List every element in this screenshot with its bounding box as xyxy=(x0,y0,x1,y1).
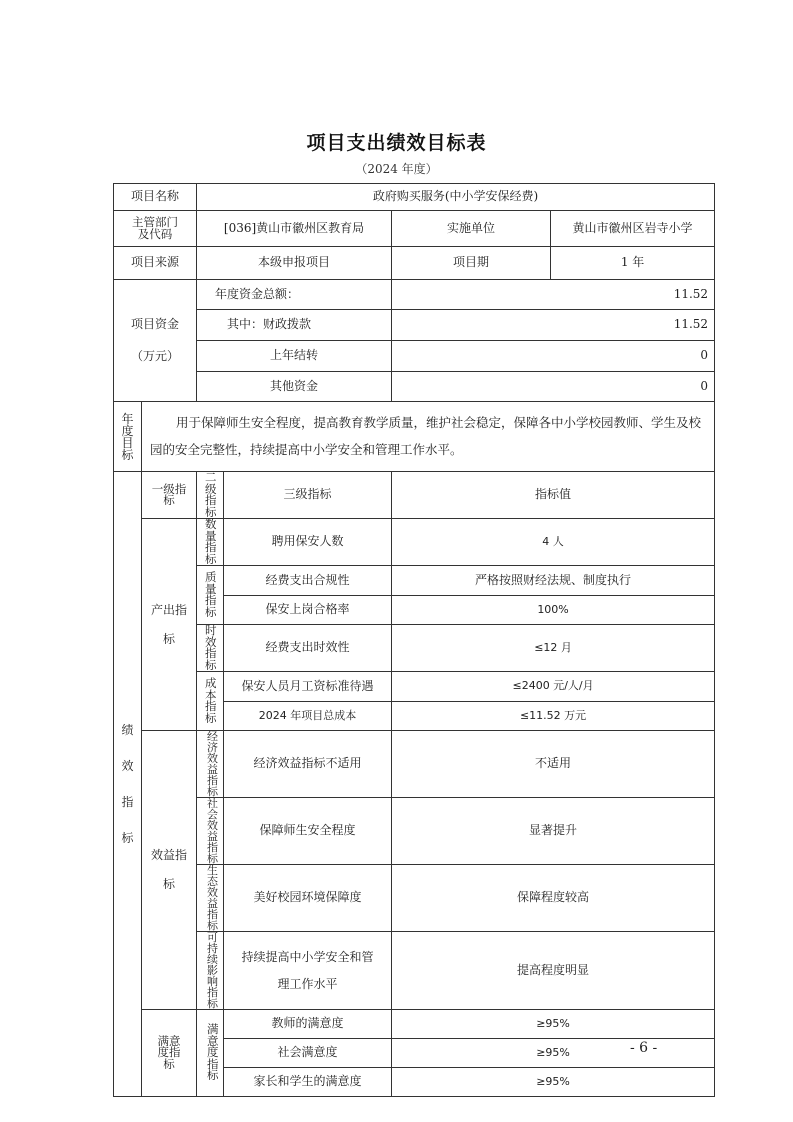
cost-item-1-name: 保安人员月工资标准待遇 xyxy=(224,672,392,702)
quality-indicator-label: 质量指标 xyxy=(197,566,224,625)
row-fund-total: 项目资金 （万元） 年度资金总额： 11.52 xyxy=(114,280,715,310)
economic-indicator-label: 经济效益指标 xyxy=(197,731,224,798)
cost-item-1-value: ≤2400 元/人/月 xyxy=(392,672,715,702)
quantity-indicator-label: 数量指标 xyxy=(197,519,224,566)
header-level2: 二级指标 xyxy=(197,472,224,519)
fund-fiscal-value: 11.52 xyxy=(392,310,715,341)
period-label: 项目期 xyxy=(392,247,551,280)
satisfaction-item-3-name: 家长和学生的满意度 xyxy=(224,1068,392,1097)
funds-label: 项目资金 （万元） xyxy=(114,280,197,402)
annual-goal-label: 年度目标 xyxy=(114,402,142,472)
row-economic: 效益指标 经济效益指标 经济效益指标不适用 不适用 xyxy=(114,731,715,798)
cost-item-2-name: 2024 年项目总成本 xyxy=(224,702,392,731)
row-fund-fiscal: 其中：财政拨款 11.52 xyxy=(114,310,715,341)
perf-indicator-label: 绩效指标 xyxy=(114,472,142,1097)
fund-carryover-label: 上年结转 xyxy=(197,341,392,372)
fund-total-value: 11.52 xyxy=(392,280,715,310)
cost-item-2-value: ≤11.52 万元 xyxy=(392,702,715,731)
row-project-name: 项目名称 政府购买服务(中小学安保经费) xyxy=(114,184,715,211)
quantity-item-value: 4 人 xyxy=(392,519,715,566)
timeliness-item-value: ≤12 月 xyxy=(392,625,715,672)
satisfaction-item-1-value: ≥95% xyxy=(392,1010,715,1039)
fund-other-value: 0 xyxy=(392,372,715,402)
row-social: 社会效益指标 保障师生安全程度 显著提升 xyxy=(114,798,715,865)
benefit-indicator-label: 效益指标 xyxy=(142,731,197,1010)
fund-other-label: 其他资金 xyxy=(197,372,392,402)
satisfaction-item-2-name: 社会满意度 xyxy=(224,1039,392,1068)
satisfaction-level2-label: 满意度指标 xyxy=(197,1010,224,1097)
satisfaction-item-3-value: ≥95% xyxy=(392,1068,715,1097)
annual-goal-text: 用于保障师生安全程度，提高教育教学质量，维护社会稳定，保障各中小学校园教师、学生… xyxy=(142,402,715,472)
funds-label-line1: 项目资金 xyxy=(117,309,193,340)
ecological-indicator-label: 生态效益指标 xyxy=(197,865,224,932)
dept-label: 主管部门及代码 xyxy=(114,211,197,247)
row-sustainable: 可持续影响指标 持续提高中小学安全和管理工作水平 提高程度明显 xyxy=(114,932,715,1010)
project-name-value: 政府购买服务(中小学安保经费) xyxy=(197,184,715,211)
row-quality-1: 质量指标 经费支出合规性 严格按照财经法规、制度执行 xyxy=(114,566,715,596)
timeliness-item-name: 经费支出时效性 xyxy=(224,625,392,672)
fund-total-label: 年度资金总额： xyxy=(197,280,392,310)
fund-fiscal-label: 其中：财政拨款 xyxy=(197,310,392,341)
document-subtitle: （2024 年度） xyxy=(0,160,793,177)
social-item-name: 保障师生安全程度 xyxy=(224,798,392,865)
annual-goal-body: 用于保障师生安全程度，提高教育教学质量，维护社会稳定，保障各中小学校园教师、学生… xyxy=(150,415,701,456)
row-cost-1: 成本指标 保安人员月工资标准待遇 ≤2400 元/人/月 xyxy=(114,672,715,702)
row-indicator-header: 绩效指标 一级指标 二级指标 三级指标 指标值 xyxy=(114,472,715,519)
economic-item-name: 经济效益指标不适用 xyxy=(224,731,392,798)
sustainable-item-value: 提高程度明显 xyxy=(392,932,715,1010)
source-label: 项目来源 xyxy=(114,247,197,280)
row-satisfaction-1: 满意度指标 满意度指标 教师的满意度 ≥95% xyxy=(114,1010,715,1039)
performance-target-table: 项目名称 政府购买服务(中小学安保经费) 主管部门及代码 [036]黄山市徽州区… xyxy=(113,183,715,1097)
header-level1: 一级指标 xyxy=(142,472,197,519)
row-quantity: 产出指标 数量指标 聘用保安人数 4 人 xyxy=(114,519,715,566)
row-fund-other: 其他资金 0 xyxy=(114,372,715,402)
timeliness-indicator-label: 时效指标 xyxy=(197,625,224,672)
ecological-item-value: 保障程度较高 xyxy=(392,865,715,932)
quantity-item-name: 聘用保安人数 xyxy=(224,519,392,566)
sustainable-item-name: 持续提高中小学安全和管理工作水平 xyxy=(224,932,392,1010)
source-value: 本级申报项目 xyxy=(197,247,392,280)
funds-label-line2: （万元） xyxy=(117,341,193,372)
dept-value: [036]黄山市徽州区教育局 xyxy=(197,211,392,247)
row-annual-goal: 年度目标 用于保障师生安全程度，提高教育教学质量，维护社会稳定，保障各中小学校园… xyxy=(114,402,715,472)
quality-item-1-name: 经费支出合规性 xyxy=(224,566,392,596)
row-fund-carryover: 上年结转 0 xyxy=(114,341,715,372)
document-title: 项目支出绩效目标表 xyxy=(0,128,793,155)
impl-unit-label: 实施单位 xyxy=(392,211,551,247)
row-ecological: 生态效益指标 美好校园环境保障度 保障程度较高 xyxy=(114,865,715,932)
output-indicator-label: 产出指标 xyxy=(142,519,197,731)
satisfaction-level1-label: 满意度指标 xyxy=(142,1010,197,1097)
period-value: 1 年 xyxy=(551,247,715,280)
sustainable-indicator-label: 可持续影响指标 xyxy=(197,932,224,1010)
header-value: 指标值 xyxy=(392,472,715,519)
fund-carryover-value: 0 xyxy=(392,341,715,372)
quality-item-1-value: 严格按照财经法规、制度执行 xyxy=(392,566,715,596)
impl-unit-value: 黄山市徽州区岩寺小学 xyxy=(551,211,715,247)
social-indicator-label: 社会效益指标 xyxy=(197,798,224,865)
ecological-item-name: 美好校园环境保障度 xyxy=(224,865,392,932)
economic-item-value: 不适用 xyxy=(392,731,715,798)
satisfaction-item-2-value: ≥95% xyxy=(392,1039,715,1068)
page-number: - 6 - xyxy=(630,1040,657,1056)
satisfaction-item-1-name: 教师的满意度 xyxy=(224,1010,392,1039)
quality-item-2-name: 保安上岗合格率 xyxy=(224,596,392,625)
row-source: 项目来源 本级申报项目 项目期 1 年 xyxy=(114,247,715,280)
row-timeliness: 时效指标 经费支出时效性 ≤12 月 xyxy=(114,625,715,672)
header-level3: 三级指标 xyxy=(224,472,392,519)
project-name-label: 项目名称 xyxy=(114,184,197,211)
cost-indicator-label: 成本指标 xyxy=(197,672,224,731)
row-department: 主管部门及代码 [036]黄山市徽州区教育局 实施单位 黄山市徽州区岩寺小学 xyxy=(114,211,715,247)
quality-item-2-value: 100% xyxy=(392,596,715,625)
social-item-value: 显著提升 xyxy=(392,798,715,865)
